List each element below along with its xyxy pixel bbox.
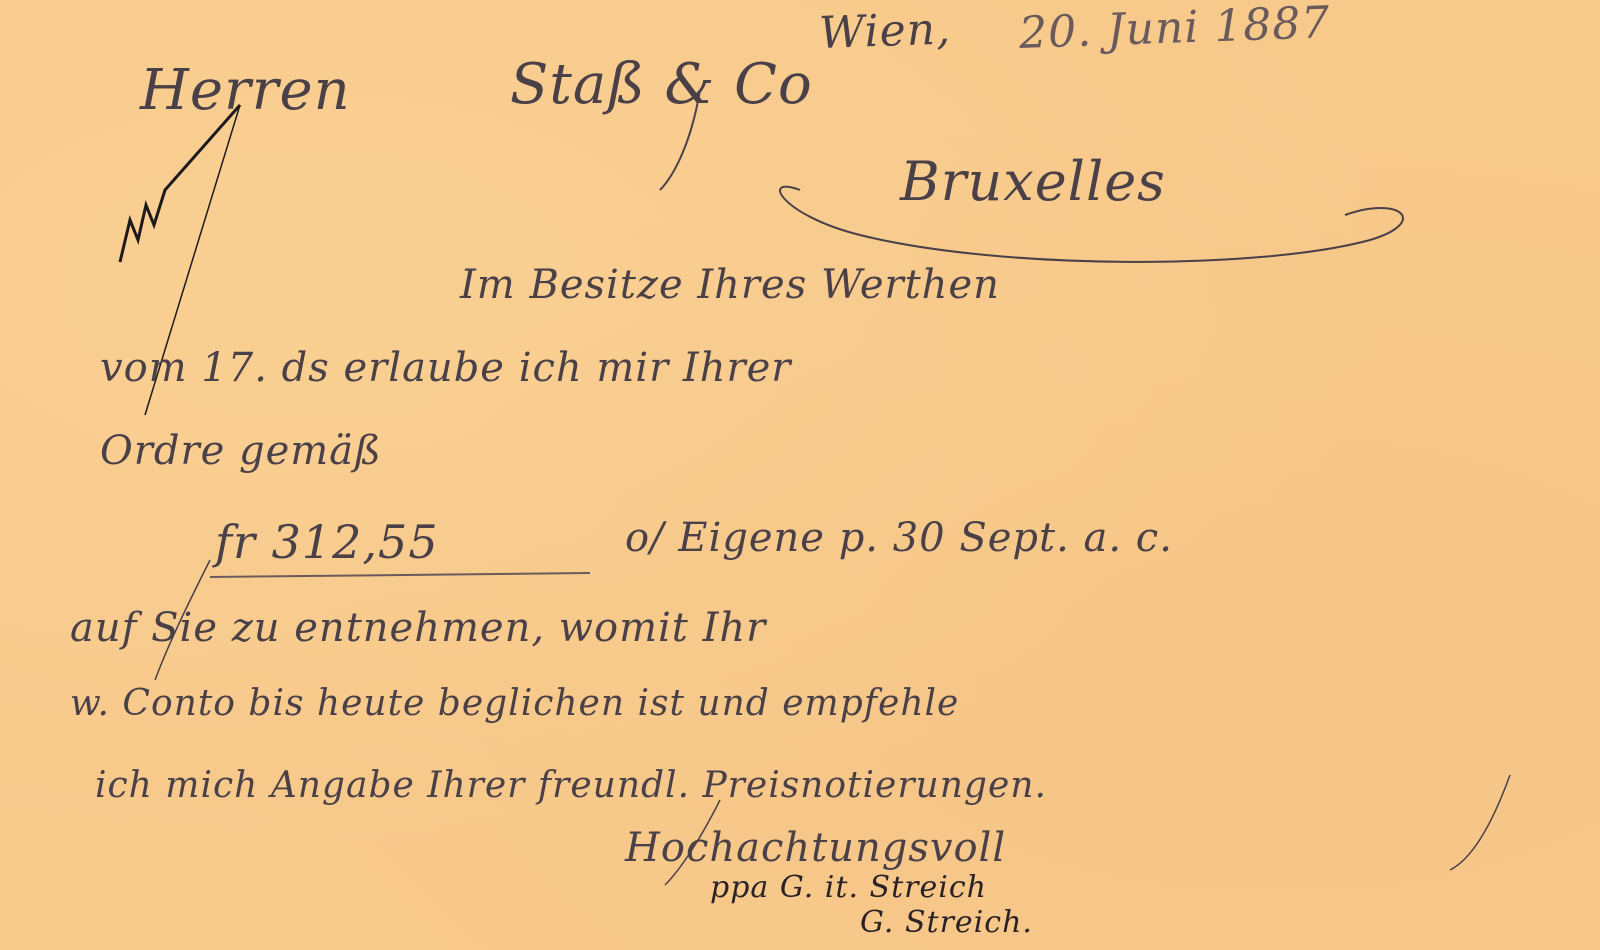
address-salutation: Herren [140,58,351,123]
signature-line-2: G. Streich. [860,905,1033,940]
body-line-5: auf Sie zu entnehmen, womit Ihr [70,605,766,651]
body-line-3: Ordre gemäß [100,428,382,474]
address-city: Bruxelles [900,150,1166,213]
body-line-6: w. Conto bis heute beglichen ist und emp… [70,683,959,724]
body-line-4: o/ Eigene p. 30 Sept. a. c. [625,515,1173,561]
body-line-1: Im Besitze Ihres Werthen [460,262,1000,308]
body-line-2: vom 17. ds erlaube ich mir Ihrer [100,345,791,391]
signature-line-1: ppa G. it. Streich [710,870,987,905]
amount: fr 312,55 [215,515,439,569]
postcard-paper [0,0,1600,950]
closing: Hochachtungsvoll [625,825,1006,871]
address-name: Staß & Co [510,52,813,117]
dateline-place: Wien, [818,3,952,59]
body-line-7: ich mich Angabe Ihrer freundl. Preisnoti… [95,765,1047,806]
